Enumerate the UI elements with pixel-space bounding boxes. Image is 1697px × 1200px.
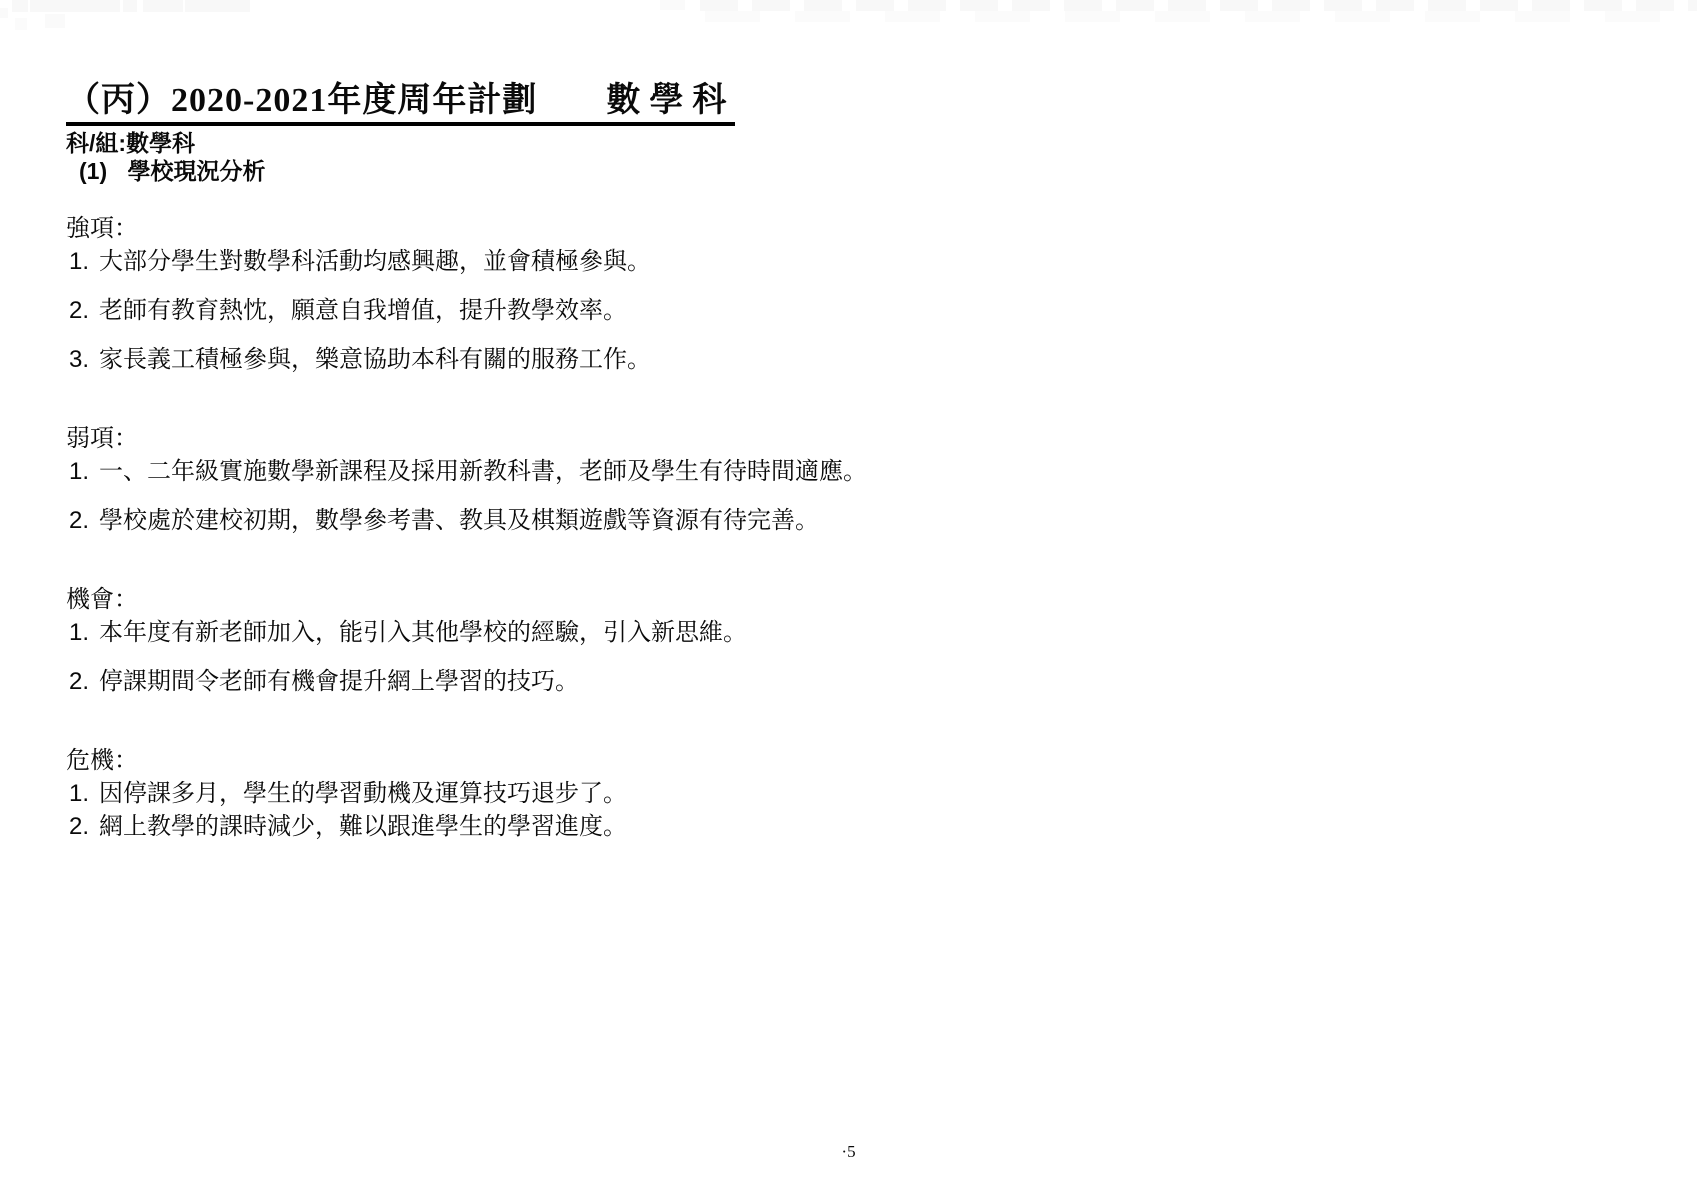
artifact-tile	[0, 8, 8, 18]
artifact-tile	[660, 0, 685, 10]
swot-item-number: 3.	[66, 343, 99, 376]
top-edge-artifact	[0, 0, 1697, 30]
artifact-tile	[185, 0, 250, 12]
swot-item-text: 一、二年級實施數學新課程及採用新教科書，老師及學生有待時間適應。	[99, 458, 867, 485]
swot-section-label: 危機：	[66, 744, 1066, 777]
swot-section: 機會：1.本年度有新老師加入，能引入其他學校的經驗，引入新思維。2.停課期間令老…	[66, 583, 1066, 698]
artifact-tile	[12, 0, 28, 12]
department-line: 科/組:數學科	[66, 131, 195, 155]
swot-item-text: 大部分學生對數學科活動均感興趣，並會積極參與。	[99, 248, 651, 275]
swot-item: 1.大部分學生對數學科活動均感興趣，並會積極參與。	[66, 245, 1066, 278]
swot-item-text: 本年度有新老師加入，能引入其他學校的經驗，引入新思維。	[99, 619, 747, 646]
swot-section: 弱項：1.一、二年級實施數學新課程及採用新教科書，老師及學生有待時間適應。2.學…	[66, 422, 1066, 537]
swot-item-number: 1.	[66, 245, 99, 278]
swot-item-text: 網上教學的課時減少，難以跟進學生的學習進度。	[99, 813, 627, 840]
swot-section-label: 強項：	[66, 212, 1066, 245]
swot-item-text: 老師有教育熱忱，願意自我增值，提升教學效率。	[99, 297, 627, 324]
section-heading-text: 學校現況分析	[128, 158, 266, 184]
swot-section: 強項：1.大部分學生對數學科活動均感興趣，並會積極參與。2.老師有教育熱忱，願意…	[66, 212, 1066, 376]
artifact-tile	[123, 0, 137, 12]
swot-item: 2.網上教學的課時減少，難以跟進學生的學習進度。	[66, 810, 1066, 843]
section-heading-number: (1)	[79, 159, 107, 183]
document-page: （丙）2020-2021年度周年計劃 數學科 科/組:數學科 (1) 學校現況分…	[0, 0, 1697, 1200]
page-number: ·5	[0, 1142, 1697, 1162]
swot-item-number: 1.	[66, 616, 99, 649]
swot-analysis: 強項：1.大部分學生對數學科活動均感興趣，並會積極參與。2.老師有教育熱忱，願意…	[66, 212, 1066, 843]
swot-item: 2.停課期間令老師有機會提升網上學習的技巧。	[66, 665, 1066, 698]
swot-section: 危機：1.因停課多月，學生的學習動機及運算技巧退步了。2.網上教學的課時減少，難…	[66, 744, 1066, 843]
swot-item-number: 2.	[66, 810, 99, 843]
title-subject-text: 數學科	[606, 82, 735, 119]
artifact-tile	[45, 14, 65, 28]
section-heading: (1) 學校現況分析	[79, 159, 266, 183]
swot-item-text: 停課期間令老師有機會提升網上學習的技巧。	[99, 668, 579, 695]
artifact-tile	[15, 18, 27, 30]
swot-item-text: 因停課多月，學生的學習動機及運算技巧退步了。	[99, 780, 627, 807]
swot-item: 2.老師有教育熱忱，願意自我增值，提升教學效率。	[66, 294, 1066, 327]
swot-item-number: 1.	[66, 777, 99, 810]
swot-item: 3.家長義工積極參與，樂意協助本科有關的服務工作。	[66, 343, 1066, 376]
document-title: （丙）2020-2021年度周年計劃 數學科	[66, 84, 735, 126]
swot-item: 1.因停課多月，學生的學習動機及運算技巧退步了。	[66, 777, 1066, 810]
swot-item-number: 2.	[66, 504, 99, 537]
artifact-tile-row	[700, 0, 1697, 11]
swot-item-text: 家長義工積極參與，樂意協助本科有關的服務工作。	[99, 346, 651, 373]
swot-item: 1.本年度有新老師加入，能引入其他學校的經驗，引入新思維。	[66, 616, 1066, 649]
swot-item-number: 1.	[66, 455, 99, 488]
artifact-tile	[30, 0, 120, 12]
swot-item: 1.一、二年級實施數學新課程及採用新教科書，老師及學生有待時間適應。	[66, 455, 1066, 488]
swot-section-label: 機會：	[66, 583, 1066, 616]
swot-item: 2.學校處於建校初期，數學參考書、教具及棋類遊戲等資源有待完善。	[66, 504, 1066, 537]
swot-section-label: 弱項：	[66, 422, 1066, 455]
artifact-tile	[143, 0, 183, 12]
artifact-tile-row	[705, 11, 1695, 22]
title-main-text: （丙）2020-2021年度周年計劃	[66, 82, 537, 119]
swot-item-number: 2.	[66, 665, 99, 698]
swot-item-number: 2.	[66, 294, 99, 327]
swot-item-text: 學校處於建校初期，數學參考書、教具及棋類遊戲等資源有待完善。	[99, 507, 819, 534]
